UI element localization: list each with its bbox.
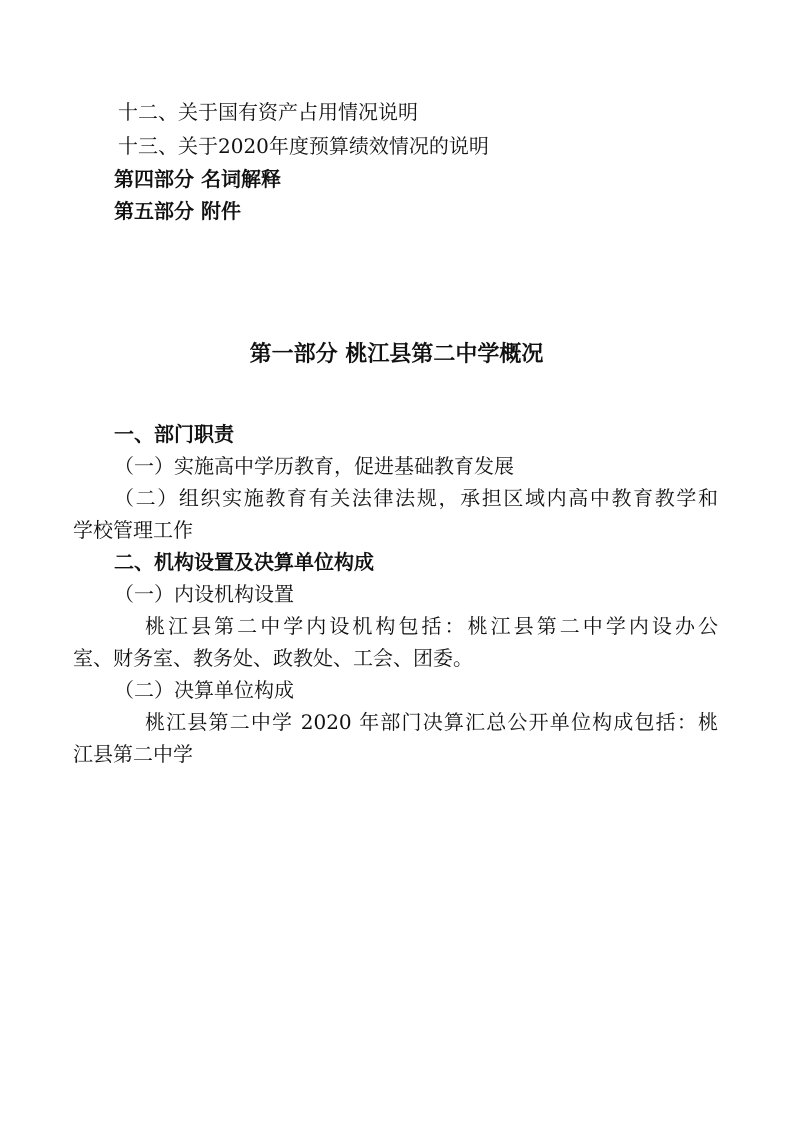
section2-sub1-text-2: 室、财务室、教务处、政教处、工会、团委。 — [73, 645, 473, 671]
section1-item-2-cont: 学校管理工作 — [73, 517, 193, 543]
toc-part-5: 第五部分 附件 — [114, 198, 241, 224]
toc-item-13: 十三、关于2020年度预算绩效情况的说明 — [118, 133, 489, 159]
section2-heading: 二、机构设置及决算单位构成 — [114, 549, 374, 575]
section1-item-2: （二）组织实施教育有关法律法规，承担区域内高中教育教学和 — [114, 485, 718, 511]
section2-sub1-heading: （一）内设机构设置 — [114, 581, 294, 607]
section2-sub2-text-2: 江县第二中学 — [73, 741, 193, 767]
section2-sub1-text-1: 桃江县第二中学内设机构包括：桃江县第二中学内设办公 — [145, 613, 718, 639]
toc-item-12: 十二、关于国有资产占用情况说明 — [118, 99, 418, 125]
section2-sub2-heading: （二）决算单位构成 — [114, 677, 294, 703]
part1-title: 第一部分 桃江县第二中学概况 — [0, 342, 793, 368]
toc-part-4: 第四部分 名词解释 — [114, 166, 281, 192]
section1-heading: 一、部门职责 — [114, 421, 234, 447]
section2-sub2-text-1: 桃江县第二中学 2020 年部门决算汇总公开单位构成包括：桃 — [145, 709, 718, 735]
section1-item-1: （一）实施高中学历教育，促进基础教育发展 — [114, 453, 514, 479]
